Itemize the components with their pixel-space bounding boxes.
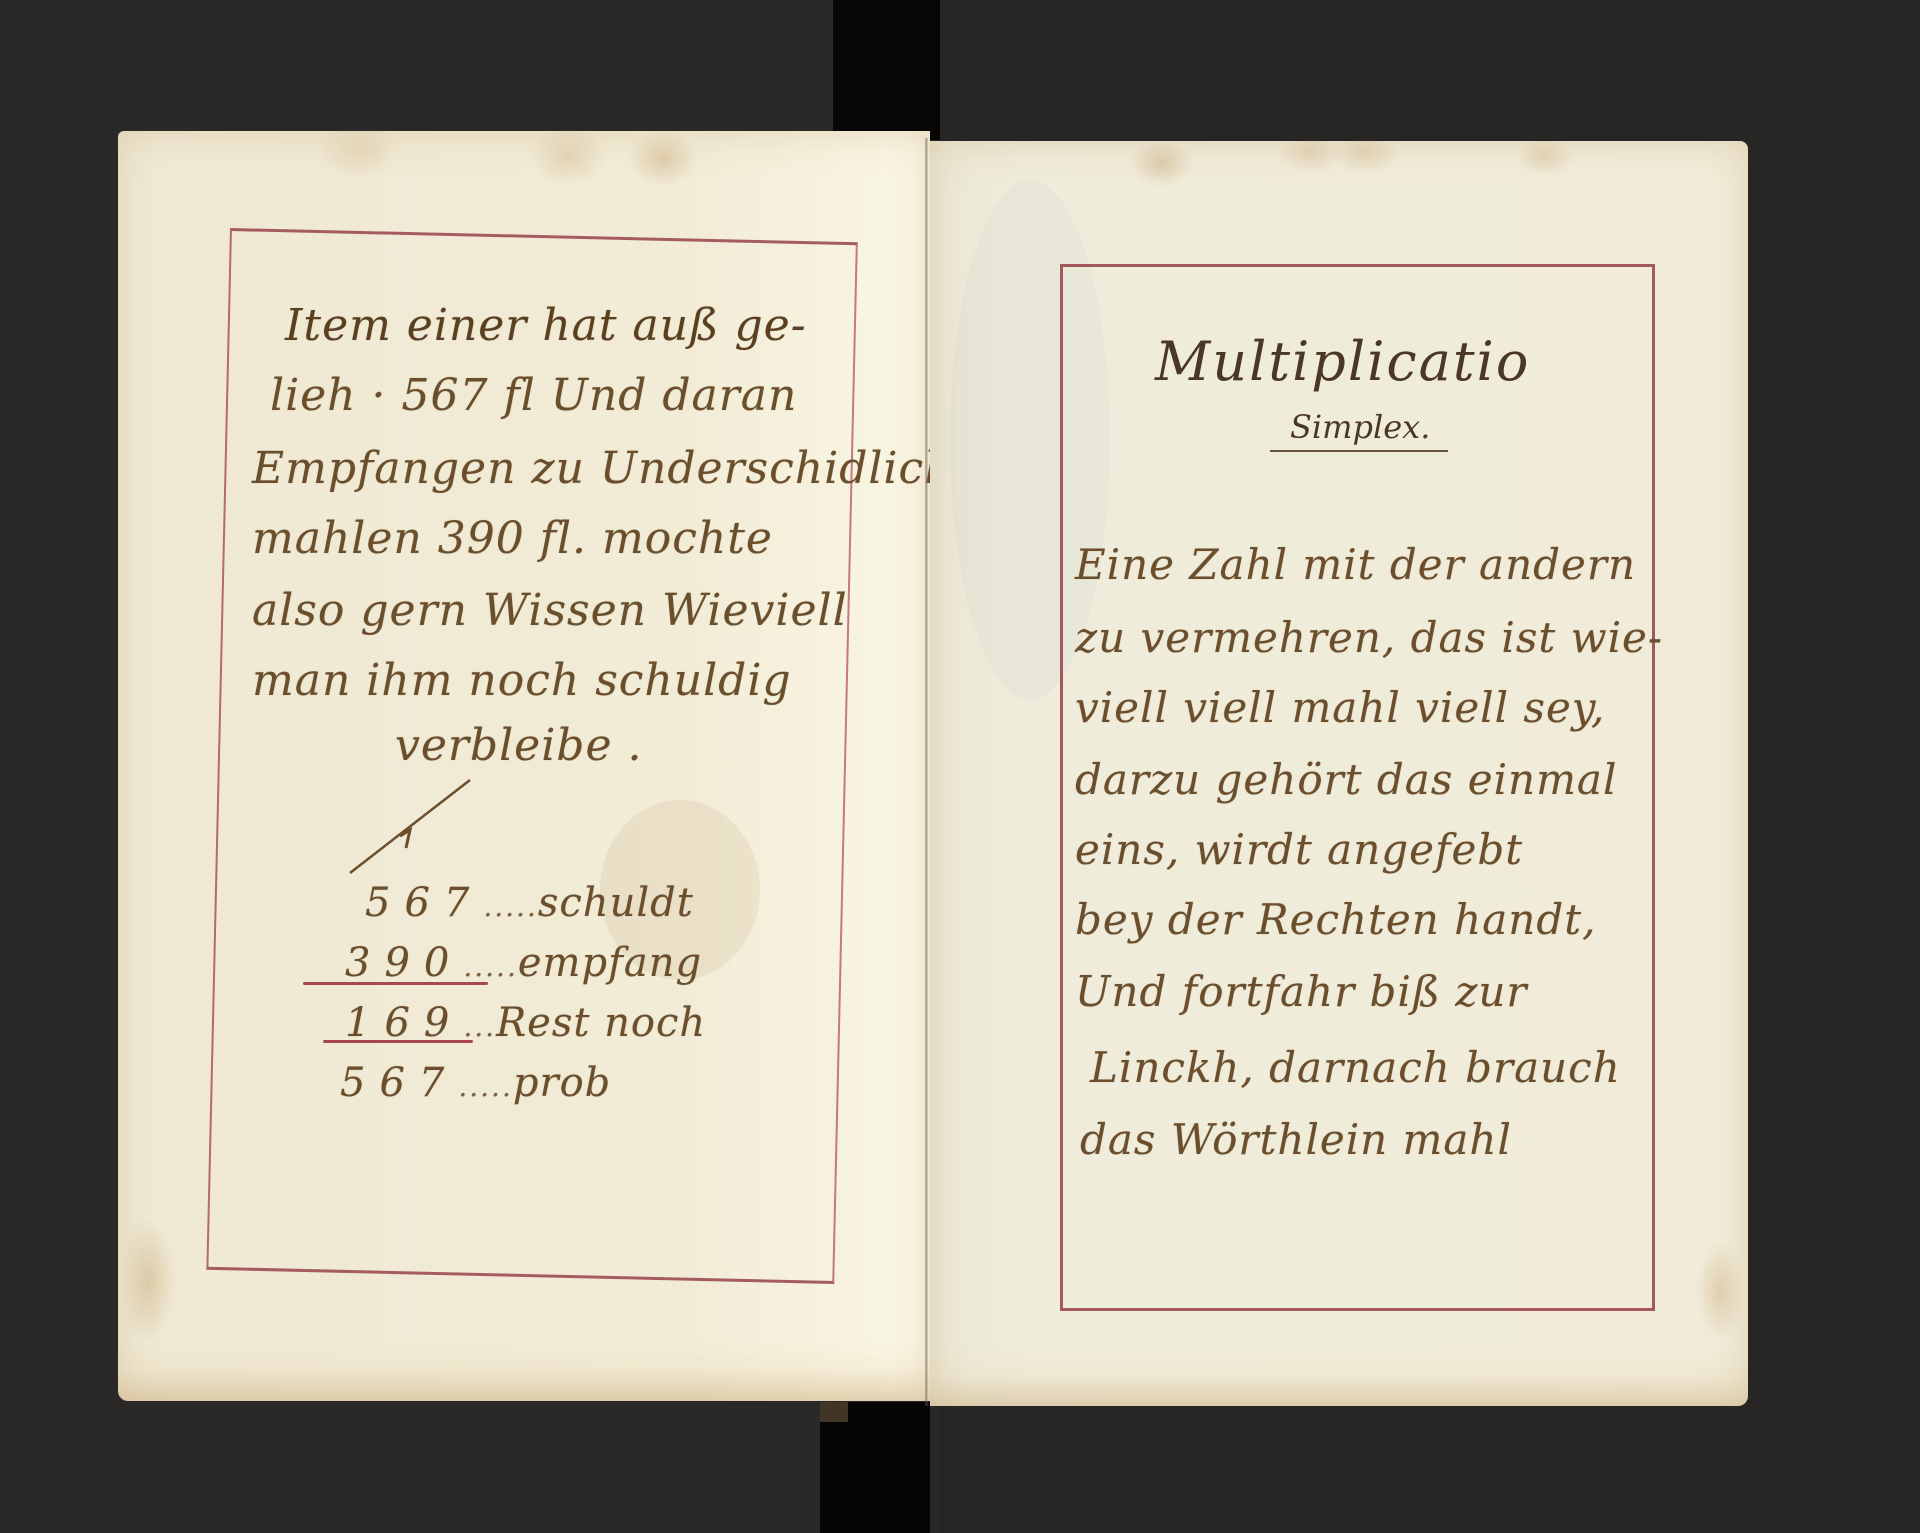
- body-line: Und fortfahr biß zur: [1075, 967, 1528, 1016]
- problem-line: man ihm noch schuldig: [252, 655, 792, 706]
- calc-row-debt: 567.....schuldt: [365, 880, 694, 926]
- problem-line: lieh · 567 fl Und daran: [270, 370, 797, 421]
- spine-gutter-top: [833, 0, 940, 140]
- body-line: Eine Zahl mit der andern: [1075, 540, 1636, 589]
- florin-sign-icon: [340, 778, 480, 878]
- body-line: das Wörthlein mahl: [1080, 1115, 1512, 1164]
- leader-dots: .....: [463, 950, 518, 983]
- calc-number: 567: [340, 1060, 458, 1106]
- calc-number: 567: [365, 880, 483, 926]
- calc-label: Rest noch: [496, 1000, 706, 1046]
- body-line: bey der Rechten handt,: [1075, 895, 1596, 944]
- problem-line: Item einer hat auß ge-: [285, 300, 807, 351]
- spine-gutter-bottom: [820, 1402, 930, 1533]
- red-sum-rule: [303, 982, 488, 985]
- calc-number: 390: [345, 940, 463, 986]
- section-subtitle: Simplex.: [1270, 408, 1448, 452]
- problem-line: Empfangen zu Underschidlich: [252, 443, 953, 494]
- calc-row-proof: 567.....prob: [340, 1060, 611, 1106]
- red-sum-rule: [323, 1040, 473, 1043]
- body-line: zu vermehren, das ist wie-: [1075, 613, 1663, 662]
- calc-label: empfang: [518, 940, 702, 986]
- leader-dots: .....: [458, 1070, 513, 1103]
- calc-label: schuldt: [538, 880, 694, 926]
- calc-row-received: 390.....empfang: [345, 940, 702, 986]
- problem-line: mahlen 390 fl. mochte: [252, 513, 773, 564]
- book-fold: [925, 138, 928, 1406]
- body-line: eins, wirdt angefebt: [1075, 825, 1523, 874]
- leader-dots: .....: [483, 890, 538, 923]
- leader-dots: ...: [463, 1010, 496, 1043]
- body-line: darzu gehört das einmal: [1075, 755, 1617, 804]
- section-title: Multiplicatio: [1155, 330, 1530, 393]
- body-line: Linckh, darnach brauch: [1090, 1043, 1621, 1092]
- problem-line: also gern Wissen Wieviell: [252, 585, 848, 636]
- body-line: viell viell mahl viell sey,: [1075, 683, 1605, 732]
- problem-line: verbleibe .: [395, 720, 642, 771]
- calc-label: prob: [513, 1060, 611, 1106]
